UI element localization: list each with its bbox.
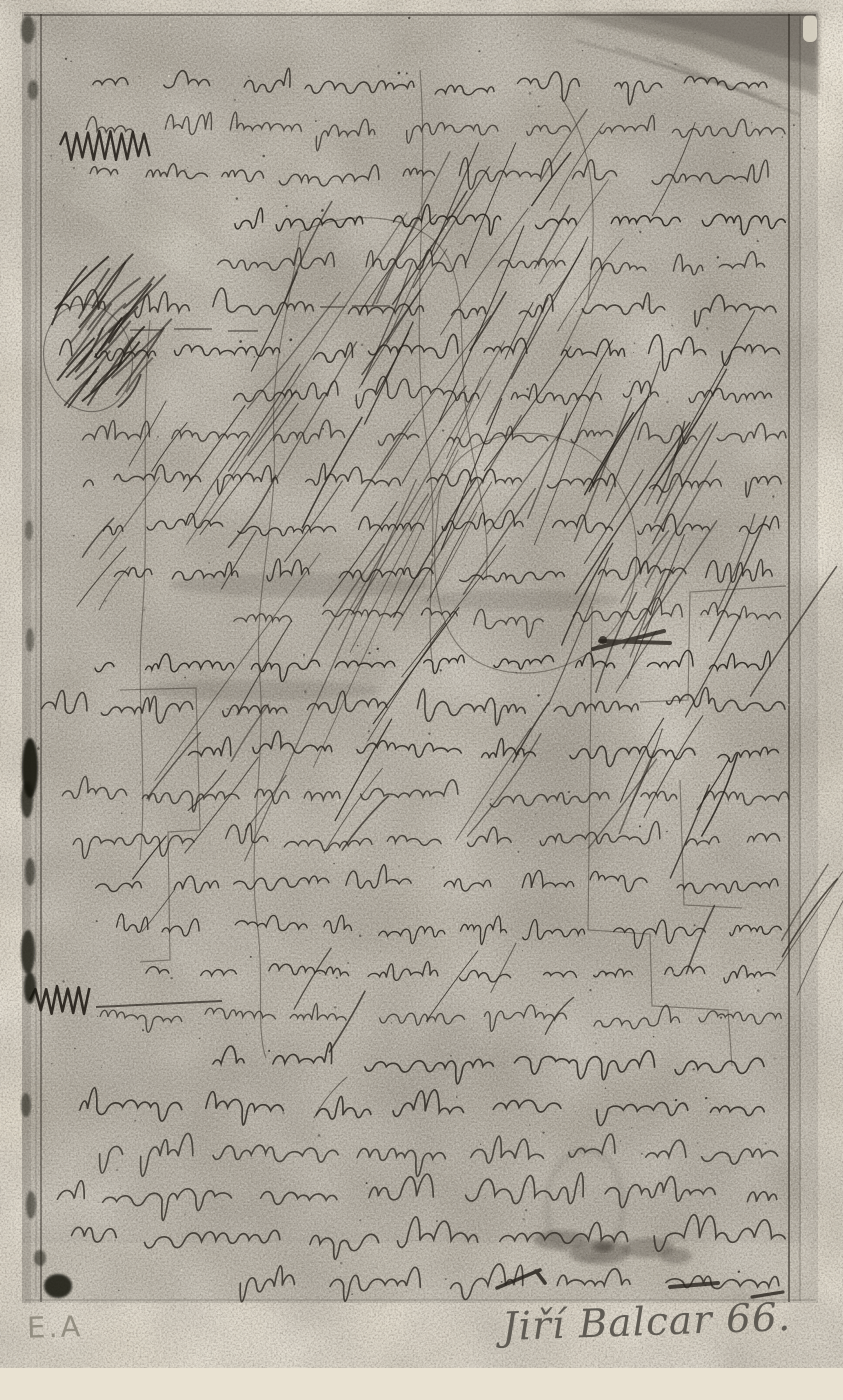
etching-plate-image bbox=[0, 0, 843, 1400]
print-sheet: E.A Jiří Balcar 66. bbox=[0, 0, 843, 1400]
edition-mark-inscription: E.A bbox=[27, 1309, 84, 1344]
